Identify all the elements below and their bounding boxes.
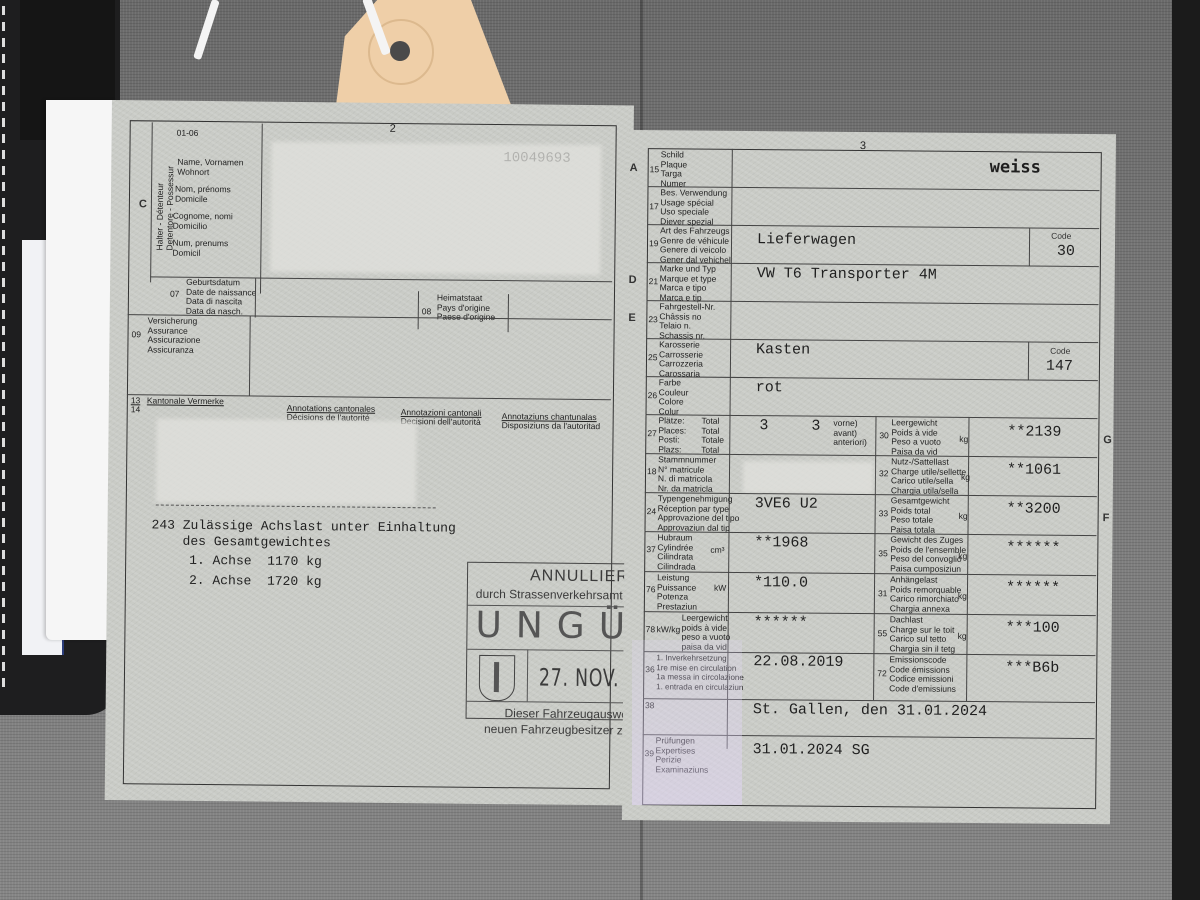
field-55-roof-load: ***100 xyxy=(1006,619,1060,636)
field-27-label: Plätze: Places: Posti: Plazs: xyxy=(658,416,686,454)
field-31-towing-load: ****** xyxy=(1006,579,1060,596)
field-07-label: Geburtsdatum Date de naissance Data di n… xyxy=(186,278,257,317)
field-19-code: 30 xyxy=(1057,243,1075,260)
tag-hole xyxy=(390,41,410,61)
field-21-make-model: VW T6 Transporter 4M xyxy=(757,265,937,284)
field-18-redacted xyxy=(743,461,873,494)
field-35-label: Gewicht des Zuges Poids de l'ensemble Pe… xyxy=(890,535,966,574)
field-19-number: 19 xyxy=(649,238,659,248)
field-38-issue-place-date: St. Gallen, den 31.01.2024 xyxy=(753,701,987,720)
field-25-body-type: Kasten xyxy=(756,341,810,358)
unit-cm3: cm³ xyxy=(710,545,724,555)
field-72-emission-code: ***B6b xyxy=(1005,659,1059,676)
unit-kg: kg xyxy=(958,631,967,641)
field-15-number: 15 xyxy=(650,164,660,174)
field-26-number: 26 xyxy=(648,390,658,400)
unit-kg: kg xyxy=(958,551,967,561)
field-09-number: 09 xyxy=(131,329,141,339)
field-72-label: Emissionscode Code émissions Codice emis… xyxy=(889,655,956,694)
margin-letter-g: G xyxy=(1103,434,1112,446)
field-27-front-label: vorne) avant) anteriori) xyxy=(833,419,867,448)
field-24-number: 24 xyxy=(647,506,657,516)
axle-2-load: 2. Achse 1720 kg xyxy=(189,573,322,589)
registration-page-left: 2 C 01-06 Halter - Détenteur Detentore -… xyxy=(105,100,634,805)
code-label: Code xyxy=(1050,346,1070,356)
field-25-number: 25 xyxy=(648,352,658,362)
field-21-number: 21 xyxy=(649,276,659,286)
axle-note-line2: des Gesamtgewichtes xyxy=(151,533,331,550)
field-78-power-weight-ratio: ****** xyxy=(754,614,808,631)
annotations-de: Kantonale Vermerke xyxy=(147,396,224,406)
field-76-power: *110.0 xyxy=(754,574,808,591)
field-19-vehicle-type: Lieferwagen xyxy=(757,231,856,249)
field-24-type-approval: 3VE6 U2 xyxy=(755,495,818,513)
field-55-number: 55 xyxy=(878,628,888,638)
field-23-number: 23 xyxy=(648,314,658,324)
field-15-label: Schild Plaque Targa Numer xyxy=(660,150,687,188)
field-25-label: Karosserie Carrosserie Carrozzeria Caros… xyxy=(659,340,703,378)
holder-value-redacted xyxy=(270,142,601,275)
field-78-number: 78 xyxy=(646,624,656,634)
tag-string xyxy=(193,0,220,60)
axle-1-load: 1. Achse 1170 kg xyxy=(189,553,322,569)
field-08-number: 08 xyxy=(422,306,432,316)
field-27-number: 27 xyxy=(647,428,657,438)
section-letter-c: C xyxy=(139,198,147,210)
field-33-label: Gesamtgewicht Poids total Peso totale Pa… xyxy=(890,496,949,535)
field-21-label: Marke und Typ Marque et type Marca e tip… xyxy=(659,264,716,302)
wallet-stitching xyxy=(2,0,5,690)
field-55-label: Dachlast Charge sur le toit Carico sul t… xyxy=(889,615,955,654)
field-26-color: rot xyxy=(756,379,783,396)
field-09-label: Versicherung Assurance Assicurazione Ass… xyxy=(147,316,200,355)
axle-note-line1: 243 Zulässige Achslast unter Einhaltung xyxy=(151,517,455,535)
unit-kw: kW xyxy=(714,583,726,593)
margin-letter-d: D xyxy=(629,274,637,286)
field-31-label: Anhängelast Poids remorquable Carico rim… xyxy=(890,575,962,614)
field-30-empty-weight: **2139 xyxy=(1007,423,1061,440)
field-33-total-weight: **3200 xyxy=(1007,500,1061,517)
margin-letter-e: E xyxy=(628,312,635,324)
field-32-payload: **1061 xyxy=(1007,461,1061,478)
unit-kw-per-kg: kW/kg xyxy=(657,624,681,634)
field-37-number: 37 xyxy=(646,544,656,554)
field-range: 01-06 xyxy=(177,129,199,139)
seat-edge-shadow xyxy=(1172,0,1200,900)
field-23-label: Fahrgestell-Nr. Châssis no Telaio n. Sch… xyxy=(659,302,715,340)
holder-label-rm: Num, prenums Domicil xyxy=(172,239,228,259)
field-27-total-label: Total Total Totale Total xyxy=(701,417,724,455)
field-32-number: 32 xyxy=(879,468,889,478)
field-19-label: Art des Fahrzeugs Genre de véhicule Gene… xyxy=(660,226,731,265)
margin-letter-f: F xyxy=(1103,512,1110,524)
field-15-plate-value: weiss xyxy=(990,157,1041,177)
field-31-number: 31 xyxy=(878,588,888,598)
field-33-number: 33 xyxy=(879,508,889,518)
field-17-number: 17 xyxy=(649,201,659,211)
card xyxy=(46,100,116,640)
field-24-label: Typengenehmigung Réception par type Appr… xyxy=(657,494,739,533)
unit-kg: kg xyxy=(961,472,970,482)
field-30-label: Leergewicht Poids à vide Peso a vuoto Pa… xyxy=(891,418,941,456)
unit-kg: kg xyxy=(958,591,967,601)
margin-letter-a: A xyxy=(630,162,638,174)
field-76-number: 76 xyxy=(646,584,656,594)
holder-label-it: Cognome, nomi Domicilio xyxy=(173,212,233,232)
field-76-label: Leistung Puissance Potenza Prestaziun xyxy=(657,573,698,611)
field-14-number: 14 xyxy=(131,405,141,415)
field-30-number: 30 xyxy=(879,430,889,440)
field-18-number: 18 xyxy=(647,466,657,476)
field-26-label: Farbe Couleur Colore Colur xyxy=(659,378,689,416)
field-27-seats-front: 3 xyxy=(811,418,820,435)
wallet-cards xyxy=(22,100,96,655)
field-27-seats-total: 3 xyxy=(759,417,768,434)
light-glare xyxy=(632,640,742,805)
field-36-first-registration: 22.08.2019 xyxy=(753,653,843,671)
holder-label-de: Name, Vornamen Wohnort xyxy=(177,158,243,178)
field-17-label: Bes. Verwendung Usage spécial Uso specia… xyxy=(660,188,727,227)
stamp-title: ANNULLIERT xyxy=(530,567,639,586)
field-07-number: 07 xyxy=(170,289,180,299)
field-32-label: Nutz-/Sattellast Charge utile/sellette C… xyxy=(891,457,966,496)
st-gallen-coat-of-arms-icon xyxy=(479,655,515,701)
divider xyxy=(527,649,529,701)
field-37-label: Hubraum Cylindrée Cilindrata Cilindrada xyxy=(657,533,696,571)
holder-side-label: Halter - Détenteur xyxy=(154,183,165,251)
field-39-inspection: 31.01.2024 SG xyxy=(753,741,870,759)
code-label: Code xyxy=(1051,231,1071,241)
field-72-number: 72 xyxy=(877,668,887,678)
field-25-code: 147 xyxy=(1046,358,1073,375)
field-35-train-weight: ****** xyxy=(1006,539,1060,556)
unit-kg: kg xyxy=(959,434,968,444)
annotations-redacted xyxy=(156,418,417,505)
holder-label-fr: Nom, prénoms Domicile xyxy=(175,185,231,205)
annotations-rm-sub: Disposiziuns da l'autoritad xyxy=(502,421,601,432)
field-18-label: Stammnummer N° matricule N. di matricola… xyxy=(658,455,716,494)
field-37-displacement: **1968 xyxy=(754,534,808,551)
field-35-number: 35 xyxy=(878,548,888,558)
unit-kg: kg xyxy=(959,511,968,521)
